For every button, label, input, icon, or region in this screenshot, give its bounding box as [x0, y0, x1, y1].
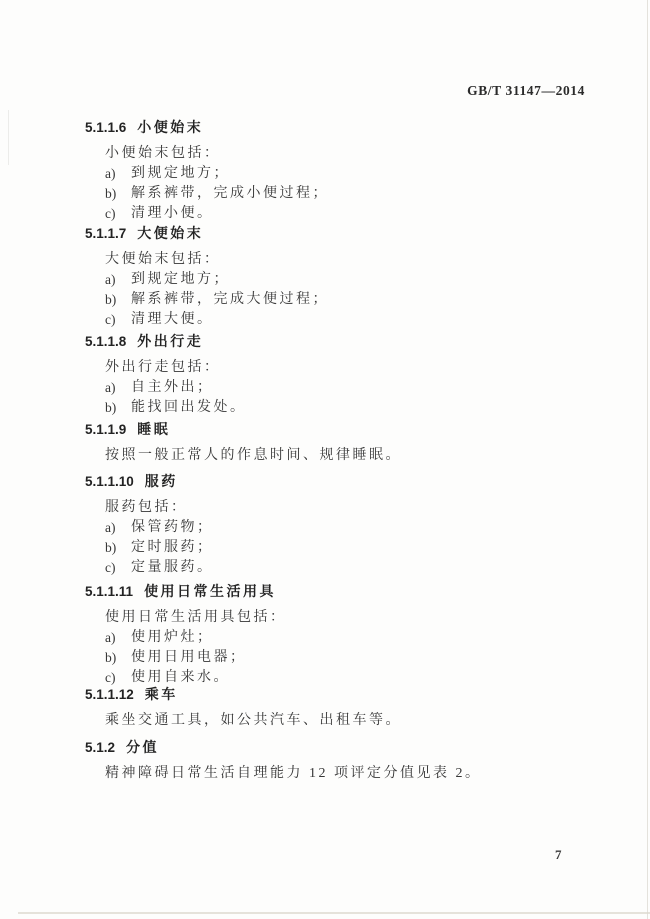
section-5-1-1-6: 5.1.1.6 小便始末 小便始末包括： a) 到规定地方； b) 解系裤带，完…	[0, 117, 650, 224]
item-label: b)	[105, 648, 131, 668]
scan-edge-right	[647, 0, 648, 919]
item-text: 能找回出发处。	[131, 398, 247, 418]
item-text: 定量服药。	[131, 558, 214, 578]
item-label: b)	[105, 184, 131, 204]
item-text: 解系裤带，完成小便过程；	[131, 184, 329, 204]
section-intro: 大便始末包括：	[105, 250, 650, 270]
section-paragraph: 精神障碍日常生活自理能力 12 项评定分值见表 2。	[105, 764, 650, 784]
list-item: a) 自主外出；	[105, 378, 650, 398]
section-number: 5.1.1.12	[85, 685, 134, 705]
item-text: 自主外出；	[131, 378, 214, 398]
section-list: a) 到规定地方； b) 解系裤带，完成大便过程； c) 清理大便。	[105, 270, 650, 330]
list-item: b) 使用日用电器；	[105, 648, 650, 668]
section-5-1-1-7: 5.1.1.7 大便始末 大便始末包括： a) 到规定地方； b) 解系裤带，完…	[0, 223, 650, 330]
section-paragraph: 按照一般正常人的作息时间、规律睡眠。	[105, 446, 650, 466]
section-number: 5.1.1.11	[85, 582, 133, 602]
section-intro: 服药包括：	[105, 498, 650, 518]
item-text: 定时服药；	[131, 538, 214, 558]
list-item: b) 解系裤带，完成小便过程；	[105, 184, 650, 204]
list-item: c) 清理小便。	[105, 204, 650, 224]
item-label: a)	[105, 378, 131, 398]
item-label: a)	[105, 518, 131, 538]
section-title: 乘车	[145, 684, 178, 704]
item-text: 清理小便。	[131, 204, 214, 224]
scan-edge-left	[8, 110, 9, 165]
list-item: b) 解系裤带，完成大便过程；	[105, 290, 650, 310]
section-heading: 5.1.1.12 乘车	[0, 684, 650, 705]
section-title: 分值	[126, 737, 159, 757]
item-label: a)	[105, 164, 131, 184]
section-title: 服药	[145, 471, 178, 491]
section-5-1-1-8: 5.1.1.8 外出行走 外出行走包括： a) 自主外出； b) 能找回出发处。	[0, 331, 650, 418]
section-paragraph: 乘坐交通工具，如公共汽车、出租车等。	[105, 711, 650, 731]
section-number: 5.1.1.9	[85, 420, 126, 440]
list-item: a) 使用炉灶；	[105, 628, 650, 648]
list-item: b) 能找回出发处。	[105, 398, 650, 418]
item-text: 到规定地方；	[131, 270, 230, 290]
list-item: a) 到规定地方；	[105, 270, 650, 290]
document-page: GB/T 31147—2014 5.1.1.6 小便始末 小便始末包括： a) …	[0, 0, 650, 919]
item-label: c)	[105, 204, 131, 224]
section-title: 小便始末	[137, 117, 203, 137]
list-item: b) 定时服药；	[105, 538, 650, 558]
section-list: a) 使用炉灶； b) 使用日用电器； c) 使用自来水。	[105, 628, 650, 688]
item-text: 使用日用电器；	[131, 648, 247, 668]
section-title: 外出行走	[137, 331, 203, 351]
section-5-1-1-11: 5.1.1.11 使用日常生活用具 使用日常生活用具包括： a) 使用炉灶； b…	[0, 581, 650, 688]
section-heading: 5.1.2 分值	[0, 737, 650, 758]
section-title: 使用日常生活用具	[144, 581, 276, 601]
item-label: a)	[105, 270, 131, 290]
section-heading: 5.1.1.10 服药	[0, 471, 650, 492]
section-number: 5.1.2	[85, 738, 115, 758]
section-title: 睡眠	[137, 419, 170, 439]
list-item: c) 定量服药。	[105, 558, 650, 578]
section-5-1-1-12: 5.1.1.12 乘车 乘坐交通工具，如公共汽车、出租车等。	[0, 684, 650, 731]
item-label: b)	[105, 290, 131, 310]
item-label: b)	[105, 538, 131, 558]
section-5-1-1-10: 5.1.1.10 服药 服药包括： a) 保管药物； b) 定时服药； c) 定…	[0, 471, 650, 578]
list-item: a) 到规定地方；	[105, 164, 650, 184]
section-number: 5.1.1.10	[85, 472, 134, 492]
item-text: 清理大便。	[131, 310, 214, 330]
page-number: 7	[555, 847, 562, 863]
section-title: 大便始末	[137, 223, 203, 243]
section-list: a) 保管药物； b) 定时服药； c) 定量服药。	[105, 518, 650, 578]
item-text: 解系裤带，完成大便过程；	[131, 290, 329, 310]
section-number: 5.1.1.8	[85, 332, 126, 352]
section-number: 5.1.1.6	[85, 118, 126, 138]
list-item: a) 保管药物；	[105, 518, 650, 538]
section-intro: 外出行走包括：	[105, 358, 650, 378]
section-heading: 5.1.1.7 大便始末	[0, 223, 650, 244]
section-heading: 5.1.1.9 睡眠	[0, 419, 650, 440]
section-5-1-1-9: 5.1.1.9 睡眠 按照一般正常人的作息时间、规律睡眠。	[0, 419, 650, 466]
item-label: c)	[105, 310, 131, 330]
scan-edge-bottom	[18, 912, 650, 914]
section-number: 5.1.1.7	[85, 224, 126, 244]
section-list: a) 自主外出； b) 能找回出发处。	[105, 378, 650, 418]
item-label: a)	[105, 628, 131, 648]
item-text: 使用炉灶；	[131, 628, 214, 648]
section-intro: 使用日常生活用具包括：	[105, 608, 650, 628]
section-5-1-2: 5.1.2 分值 精神障碍日常生活自理能力 12 项评定分值见表 2。	[0, 737, 650, 784]
section-heading: 5.1.1.6 小便始末	[0, 117, 650, 138]
standard-number: GB/T 31147—2014	[467, 83, 585, 99]
item-text: 到规定地方；	[131, 164, 230, 184]
item-label: c)	[105, 558, 131, 578]
section-list: a) 到规定地方； b) 解系裤带，完成小便过程； c) 清理小便。	[105, 164, 650, 224]
list-item: c) 清理大便。	[105, 310, 650, 330]
item-label: b)	[105, 398, 131, 418]
section-heading: 5.1.1.8 外出行走	[0, 331, 650, 352]
section-heading: 5.1.1.11 使用日常生活用具	[0, 581, 650, 602]
item-text: 保管药物；	[131, 518, 214, 538]
section-intro: 小便始末包括：	[105, 144, 650, 164]
